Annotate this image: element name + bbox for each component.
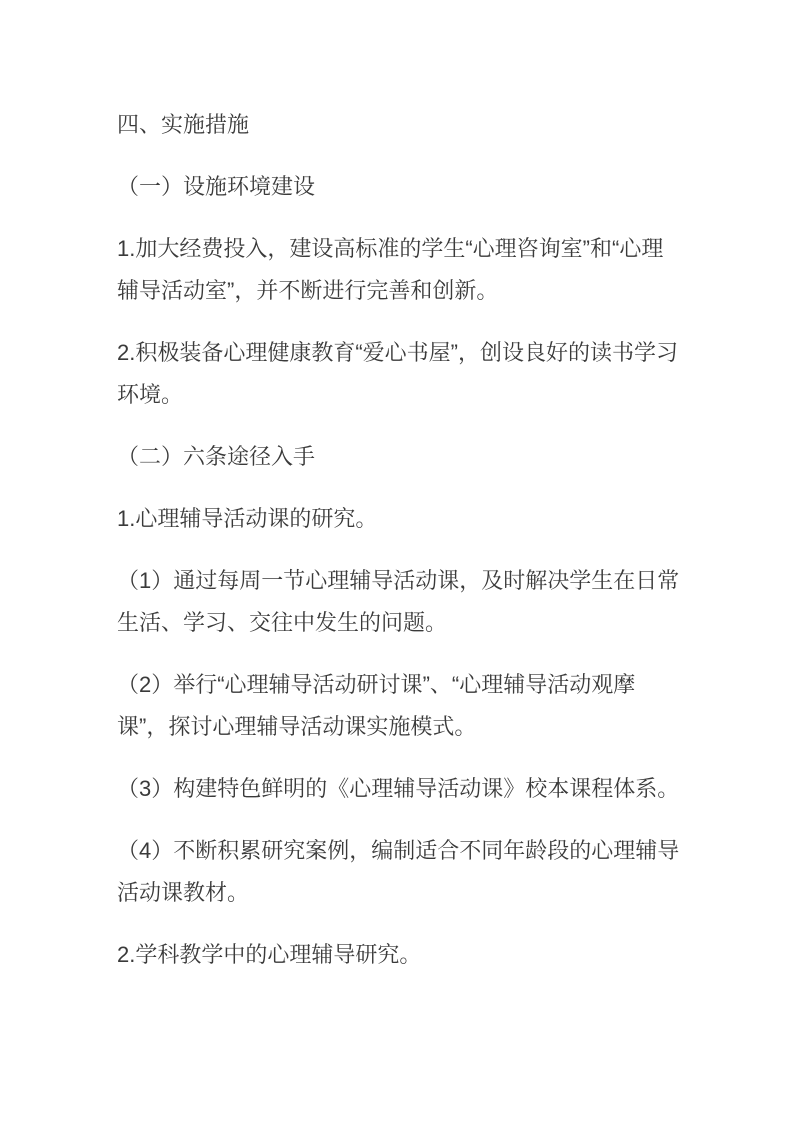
document-page: 四、实施措施 （一）设施环境建设 1.加大经费投入，建设高标准的学生“心理咨询室… <box>0 0 793 1122</box>
section-heading-4: 四、实施措施 <box>117 104 682 146</box>
subsection-heading-2: （二）六条途径入手 <box>117 436 682 478</box>
paragraph-funding: 1.加大经费投入，建设高标准的学生“心理咨询室”和“心理辅导活动室”，并不断进行… <box>117 228 682 312</box>
paragraph-item-4: （4）不断积累研究案例，编制适合不同年龄段的心理辅导活动课教材。 <box>117 830 682 914</box>
paragraph-activity-class: 1.心理辅导活动课的研究。 <box>117 498 682 540</box>
page: { "page": { "background_color": "#ffffff… <box>0 0 793 1122</box>
document-content: 四、实施措施 （一）设施环境建设 1.加大经费投入，建设高标准的学生“心理咨询室… <box>0 0 793 976</box>
paragraph-subject-teaching: 2.学科教学中的心理辅导研究。 <box>117 934 682 976</box>
paragraph-item-2: （2）举行“心理辅导活动研讨课”、“心理辅导活动观摩课”，探讨心理辅导活动课实施… <box>117 664 682 748</box>
paragraph-item-1: （1）通过每周一节心理辅导活动课，及时解决学生在日常生活、学习、交往中发生的问题… <box>117 560 682 644</box>
paragraph-book-room: 2.积极装备心理健康教育“爱心书屋”，创设良好的读书学习环境。 <box>117 332 682 416</box>
paragraph-item-3: （3）构建特色鲜明的《心理辅导活动课》校本课程体系。 <box>117 768 682 810</box>
subsection-heading-1: （一）设施环境建设 <box>117 166 682 208</box>
